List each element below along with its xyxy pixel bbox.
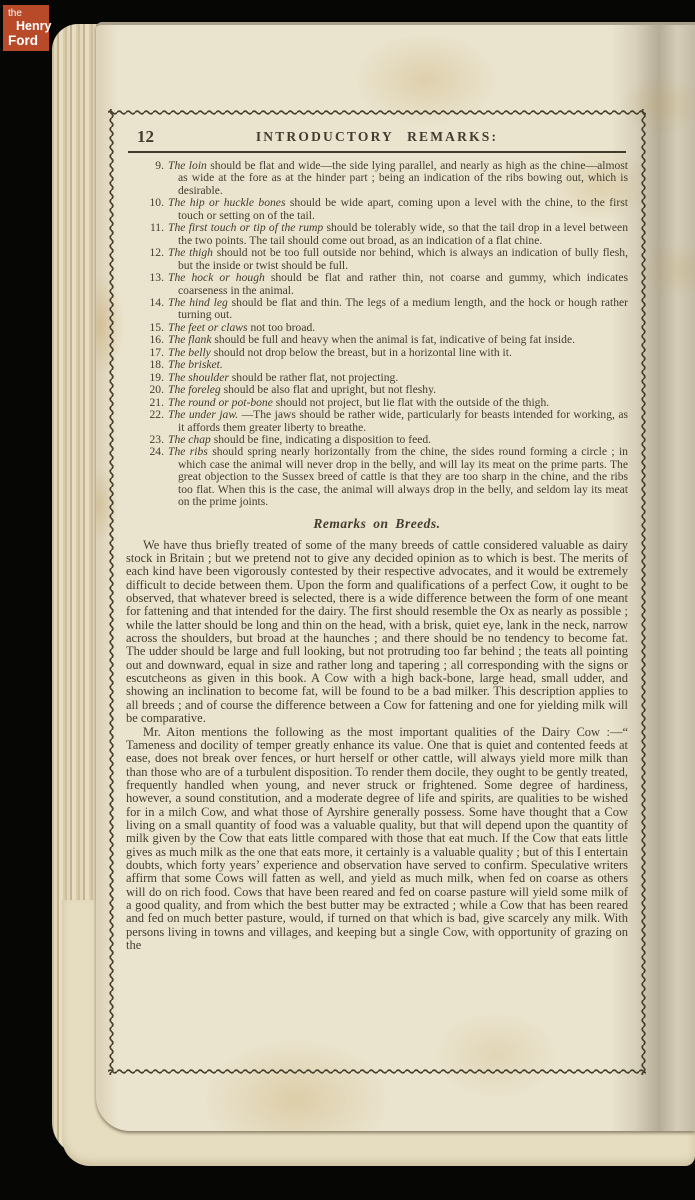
item-text: should be rather flat, not projecting. — [232, 371, 398, 384]
list-item: 22.The under jaw. —The jaws should be ra… — [126, 409, 628, 434]
logo-line-the: the — [8, 9, 49, 19]
item-text: not too broad. — [250, 321, 315, 334]
item-text: should spring nearly horizontally from t… — [178, 445, 628, 508]
item-lead: The belly — [168, 346, 211, 359]
item-text: should be also flat and upright, but not… — [224, 383, 436, 396]
henry-ford-logo: the Henry Ford — [3, 5, 49, 51]
printed-area: 12 INTRODUCTORY REMARKS: 9.The loin shou… — [108, 109, 646, 1075]
item-text: should be full and heavy when the animal… — [214, 333, 575, 346]
item-number: 22. — [140, 409, 164, 421]
item-number: 14. — [140, 297, 164, 309]
item-number: 11. — [140, 222, 164, 234]
page-content: 12 INTRODUCTORY REMARKS: 9.The loin shou… — [115, 116, 639, 1068]
item-lead: The thigh — [168, 246, 213, 259]
item-lead: The brisket. — [168, 358, 223, 371]
item-lead: The chap — [168, 433, 211, 446]
item-number: 12. — [140, 247, 164, 259]
item-text: should not drop below the breast, but in… — [214, 346, 512, 359]
paragraph-breeds: We have thus briefly treated of some of … — [126, 539, 628, 726]
item-text: should not be too full outside nor behin… — [178, 246, 628, 271]
item-lead: The hind leg — [168, 296, 228, 309]
paragraph-aiton: Mr. Aiton mentions the following as the … — [126, 726, 628, 953]
item-text: should be fine, indicating a disposition… — [214, 433, 431, 446]
item-lead: The first touch or tip of the rump — [168, 221, 323, 234]
item-lead: The feet or claws — [168, 321, 248, 334]
item-lead: The hock or hough — [168, 271, 265, 284]
list-item: 14.The hind leg should be flat and thin.… — [126, 297, 628, 322]
list-item: 9.The loin should be flat and wide—the s… — [126, 160, 628, 197]
page-header: 12 INTRODUCTORY REMARKS: — [128, 126, 626, 153]
item-lead: The under jaw. — [168, 408, 238, 421]
item-number: 24. — [140, 446, 164, 458]
scanned-book-photo: 12 INTRODUCTORY REMARKS: 9.The loin shou… — [0, 0, 695, 1200]
numbered-points-list: 9.The loin should be flat and wide—the s… — [126, 160, 628, 509]
running-head: INTRODUCTORY REMARKS: — [128, 126, 626, 145]
page-number: 12 — [137, 127, 154, 147]
item-lead: The hip or huckle bones — [168, 196, 285, 209]
list-item: 11.The first touch or tip of the rump sh… — [126, 222, 628, 247]
item-text: —The jaws should be rather wide, particu… — [178, 408, 628, 433]
book-page: 12 INTRODUCTORY REMARKS: 9.The loin shou… — [96, 22, 695, 1131]
item-text: should be flat and thin. The legs of a m… — [178, 296, 628, 321]
logo-line-henry: Henry — [16, 20, 49, 33]
list-item: 13.The hock or hough should be flat and … — [126, 272, 628, 297]
section-heading: Remarks on Breeds. — [126, 516, 628, 532]
item-lead: The shoulder — [168, 371, 229, 384]
item-lead: The ribs — [168, 445, 208, 458]
item-lead: The loin — [168, 159, 207, 172]
item-text: should not project, but lie flat with th… — [276, 396, 549, 409]
item-lead: The foreleg — [168, 383, 221, 396]
logo-line-ford: Ford — [8, 34, 49, 48]
item-text: should be flat and wide—the side lying p… — [178, 159, 628, 197]
item-number: 13. — [140, 272, 164, 284]
item-lead: The flank — [168, 333, 211, 346]
item-lead: The round or pot-bone — [168, 396, 273, 409]
list-item: 10.The hip or huckle bones should be wid… — [126, 197, 628, 222]
item-number: 18. — [140, 359, 164, 371]
list-item: 12.The thigh should not be too full outs… — [126, 247, 628, 272]
item-number: 16. — [140, 334, 164, 346]
item-number: 9. — [140, 160, 164, 172]
item-number: 20. — [140, 384, 164, 396]
list-item: 24.The ribs should spring nearly horizon… — [126, 446, 628, 508]
item-number: 10. — [140, 197, 164, 209]
